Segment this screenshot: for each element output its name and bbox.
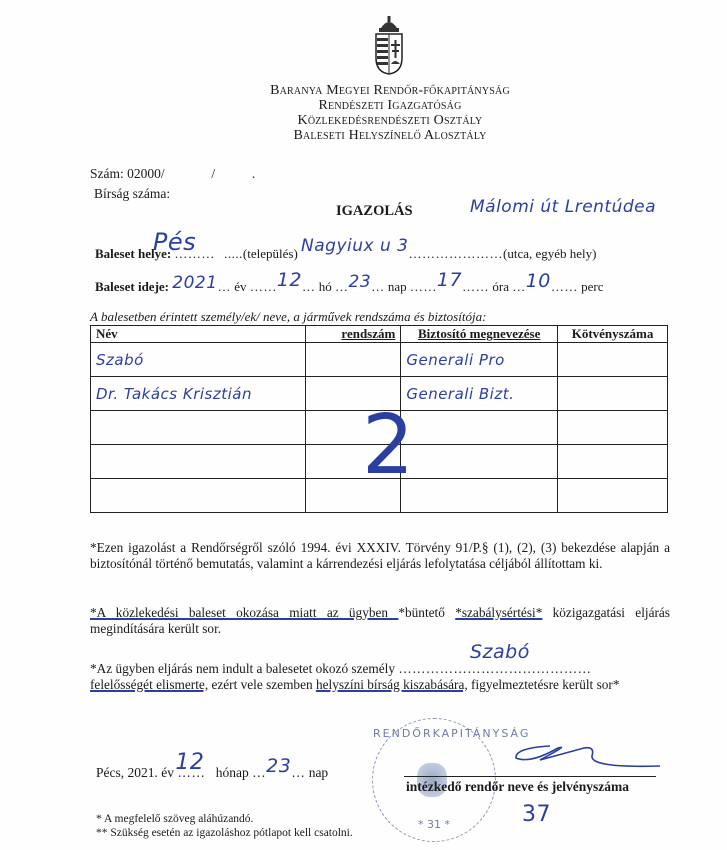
agency-header: Baranya Megyei Rendőr-főkapitányság Rend… <box>150 83 630 143</box>
year-value: 2021 <box>172 273 217 293</box>
szam-label: Szám: 02000/ <box>90 166 165 181</box>
responsibility-tail: figyelmeztetésre került sor* <box>468 677 620 692</box>
day-unit: nap <box>388 279 407 294</box>
city-value: Pés <box>153 228 196 256</box>
column-header-policy: Kötvényszáma <box>558 326 668 343</box>
responsibility-paragraph: *Az ügyben eljárás nem indult a balesete… <box>90 661 670 693</box>
party-count-annotation: 2 <box>362 405 415 487</box>
officer-label: intézkedő rendőr neve és jelvényszáma <box>406 779 629 795</box>
cell-policy[interactable] <box>558 411 668 445</box>
hour-unit: óra <box>492 279 509 294</box>
agency-line: Rendészeti Igazgatóság <box>150 98 630 113</box>
responsibility-accepted: felelősségét elismerte, <box>90 677 208 692</box>
stamp-text: RENDŐRKAPITÁNYSÁG <box>373 727 495 740</box>
day-value: 23 <box>349 272 372 292</box>
issue-date-row: Pécs, 2021. év ……12 hónap …23… nap <box>96 758 328 783</box>
agency-line: Közlekedésrendészeti Osztály <box>150 113 630 128</box>
signature-line <box>404 776 656 777</box>
accident-location-row: Baleset helye: ………Pés.....(település) Na… <box>95 236 596 264</box>
procedure-text-1: *A közlekedési baleset okozása miatt az … <box>90 605 398 620</box>
month-value: 12 <box>277 269 302 291</box>
agency-line: Baleseti Helyszínelő Alosztály <box>150 128 630 143</box>
cell-insurer[interactable] <box>401 479 558 513</box>
procedure-option-misdemeanor: *szabálysértési* <box>455 605 542 620</box>
responsibility-spot-fine: helyszíni bírság kiszabására, <box>316 677 468 692</box>
table-header-row: Név rendszám Biztosító megnevezése Kötvé… <box>91 326 668 343</box>
column-header-name: Név <box>91 326 306 343</box>
coat-of-arms-icon <box>372 14 406 76</box>
cell-name[interactable] <box>91 445 306 479</box>
parties-intro: A balesetben érintett személy/ek/ neve, … <box>90 309 486 325</box>
footnote-1: * A megfelelő szöveg aláhúzandó. <box>96 813 253 825</box>
cell-name[interactable]: Dr. Takács Krisztián <box>91 377 306 411</box>
document-title: IGAZOLÁS <box>336 203 413 220</box>
cell-policy[interactable] <box>558 445 668 479</box>
table-row: Szabó Generali Pro <box>91 343 668 377</box>
issue-day-unit: nap <box>309 765 329 780</box>
cell-insurer[interactable] <box>401 445 558 479</box>
szam-separator: / <box>211 166 215 181</box>
footnote-2: ** Szükség esetén az igazoláshoz pótlapo… <box>96 827 353 839</box>
issue-month-value: 12 <box>175 750 204 775</box>
cell-name[interactable]: Szabó <box>91 343 306 377</box>
procedure-option-criminal: *büntető <box>398 605 445 620</box>
issue-month-unit: hónap <box>216 765 249 780</box>
column-header-plate: rendszám <box>306 326 401 343</box>
cell-insurer[interactable]: Generali Bizt. <box>401 377 558 411</box>
cell-name[interactable] <box>91 411 306 445</box>
szam-end: . <box>252 166 255 181</box>
time-label: Baleset ideje: <box>95 279 169 294</box>
street-value-extra: Málomi út Lrentúdea <box>470 197 656 217</box>
year-unit: év <box>234 279 246 294</box>
cell-name[interactable] <box>91 479 306 513</box>
agency-line: Baranya Megyei Rendőr-főkapitányság <box>150 83 630 98</box>
cell-plate[interactable] <box>306 343 401 377</box>
procedure-spacer <box>445 605 455 620</box>
street-value: Nagyiux u 3 <box>301 236 408 256</box>
hour-value: 17 <box>437 269 462 291</box>
cell-policy[interactable] <box>558 343 668 377</box>
street-suffix: (utca, egyéb hely) <box>503 246 596 261</box>
responsibility-mid: ezért vele szemben <box>208 677 316 692</box>
cell-insurer[interactable] <box>401 411 558 445</box>
cell-policy[interactable] <box>558 377 668 411</box>
badge-number: 37 <box>522 802 551 827</box>
cell-policy[interactable] <box>558 479 668 513</box>
city-suffix: (település) <box>243 246 298 261</box>
procedure-paragraph: *A közlekedési baleset okozása miatt az … <box>90 605 670 637</box>
accident-time-row: Baleset ideje: 2021… év ……12… hó …23… na… <box>95 274 604 296</box>
place-year: Pécs, 2021. év <box>96 765 174 780</box>
minute-value: 10 <box>526 270 551 292</box>
month-unit: hó <box>319 279 332 294</box>
minute-unit: perc <box>581 279 603 294</box>
cell-insurer[interactable]: Generali Pro <box>401 343 558 377</box>
fine-number-label: Bírság száma: <box>94 186 170 202</box>
responsible-person-value: Szabó <box>470 641 530 663</box>
column-header-insurer: Biztosító megnevezése <box>401 326 558 343</box>
stamp-number: * 31 * <box>373 818 495 831</box>
responsibility-lead: *Az ügyben eljárás nem indult a balesete… <box>90 661 395 676</box>
issue-day-value: 23 <box>266 755 291 777</box>
reference-number: Szám: 02000/ / . <box>90 166 255 182</box>
legal-paragraph: *Ezen igazolást a Rendőrségről szóló 199… <box>90 540 670 572</box>
